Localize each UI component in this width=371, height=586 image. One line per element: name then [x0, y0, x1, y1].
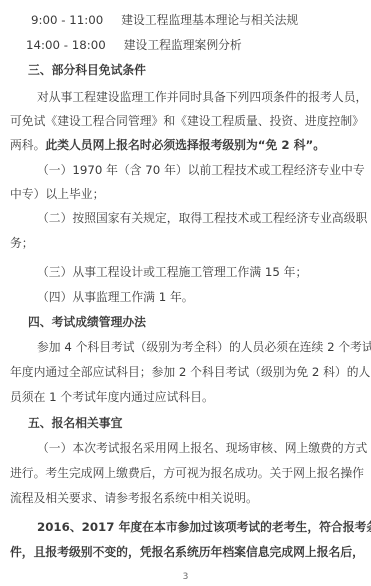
exemption-item-4: （四）从事监理工作满 1 年。	[37, 289, 194, 305]
exemption-intro-line-3: 两科。此类人员网上报名时必须选择报考级别为“免 2 科”。	[10, 137, 325, 153]
scores-para-line-3: 员须在 1 个考试年度内通过应试科目。	[10, 389, 214, 405]
exemption-item-1-line-1: （一）1970 年（含 70 年）以前工程技术或工程经济专业中专（含	[37, 162, 371, 178]
section-heading-registration: 五、报名相关事宜	[28, 415, 122, 431]
document-page: 9:00 - 11:00建设工程监理基本理论与相关法规 14:00 - 18:0…	[0, 0, 371, 586]
schedule-line-morning: 9:00 - 11:00建设工程监理基本理论与相关法规	[31, 12, 298, 28]
schedule-line-afternoon: 14:00 - 18:00建设工程监理案例分析	[26, 37, 242, 53]
registration-para-1-line-2: 进行。考生完成网上缴费后，方可视为报名成功。关于网上报名操作	[10, 465, 364, 481]
exemption-intro-line-1: 对从事工程建设监理工作并同时具备下列四项条件的报考人员，	[37, 89, 367, 105]
scores-para-line-1: 参加 4 个科目考试（级别为考全科）的人员必须在连续 2 个考试	[37, 339, 371, 355]
exemption-intro-line-2: 可免试《建设工程合同管理》和《建设工程质量、投资、进度控制》	[10, 113, 364, 129]
exemption-item-1-line-2: 中专）以上毕业；	[10, 186, 104, 202]
registration-para-1-line-1: （一）本次考试报名采用网上报名、现场审核、网上缴费的方式	[37, 440, 367, 456]
exemption-intro-line-3-bold: 此类人员网上报名时必须选择报考级别为“免 2 科”。	[45, 138, 325, 152]
exam-time-afternoon: 14:00 - 18:00	[26, 37, 106, 53]
registration-para-1-line-3: 流程及相关要求、请参考报名系统中相关说明。	[10, 490, 258, 506]
exemption-item-2-line-1: （二）按照国家有关规定，取得工程技术或工程经济专业高级职	[37, 210, 367, 226]
page-number: 3	[0, 571, 371, 583]
registration-para-2-line-1: 2016、2017 年度在本市参加过该项考试的老考生，符合报考条	[37, 519, 371, 535]
section-heading-scores: 四、考试成绩管理办法	[28, 314, 146, 330]
section-heading-exemption: 三、部分科目免试条件	[28, 62, 146, 78]
exam-subject-afternoon: 建设工程监理案例分析	[124, 38, 242, 52]
exemption-intro-line-3-regular: 两科。	[10, 138, 45, 152]
registration-para-2-line-2: 件，且报考级别不变的，凭报名系统历年档案信息完成网上报名后，	[10, 544, 364, 560]
exemption-item-2-line-2: 务；	[10, 235, 34, 251]
exemption-item-3: （三）从事工程设计或工程施工管理工作满 15 年；	[37, 264, 307, 280]
exam-time-morning: 9:00 - 11:00	[31, 12, 103, 28]
scores-para-line-2: 年度内通过全部应试科目；参加 2 个科目考试（级别为免 2 科）的人	[10, 364, 370, 380]
exam-subject-morning: 建设工程监理基本理论与相关法规	[121, 13, 298, 27]
